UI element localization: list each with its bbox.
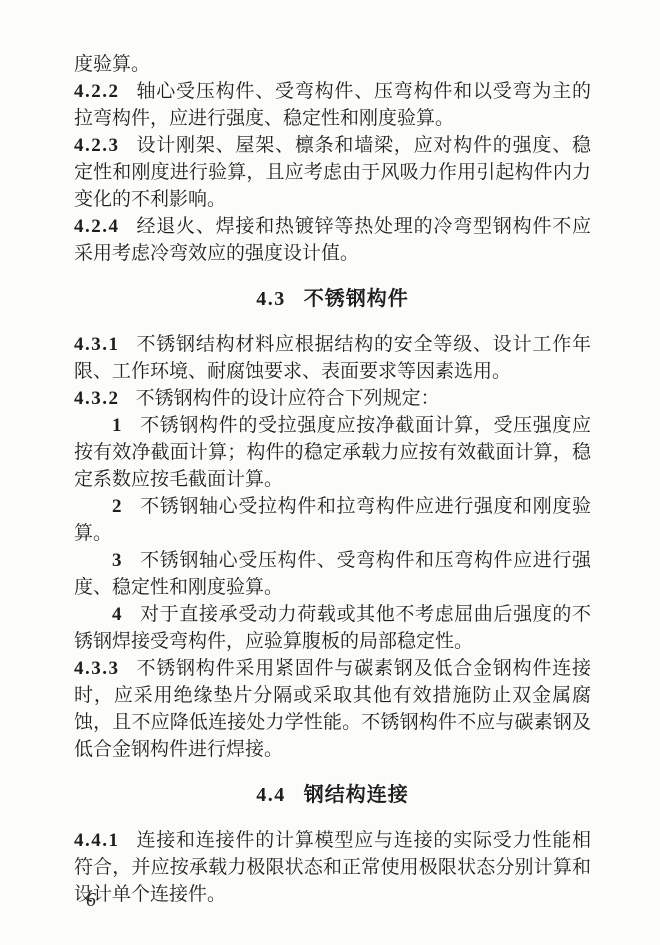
clause-text: 设计刚架、屋架、檩条和墙梁，应对构件的强度、稳定性和刚度进行验算，且应考虑由于风…: [74, 135, 591, 210]
clause-text: 不锈钢结构材料应根据结构的安全等级、设计工作年限、工作环境、耐腐蚀要求、表面要求…: [74, 334, 591, 382]
page-number: 6: [86, 889, 96, 912]
section-number: 4.4: [256, 784, 286, 806]
clause-paragraph: 4.2.2轴心受压构件、受弯构件、压弯构件和以受弯为主的拉弯构件，应进行强度、稳…: [74, 78, 591, 132]
continuation-paragraph: 度验算。: [74, 51, 591, 78]
clause-paragraph: 4.4.1连接和连接件的计算模型应与连接的实际受力性能相符合，并应按承载力极限状…: [74, 827, 591, 908]
section-heading: 4.3不锈钢构件: [74, 286, 591, 313]
section-title: 不锈钢构件: [304, 288, 409, 310]
item-number: 3: [112, 550, 122, 571]
section-number: 4.3: [256, 288, 286, 310]
paragraph-text: 度验算。: [74, 54, 150, 75]
clause-number: 4.2.2: [74, 81, 120, 102]
clause-paragraph: 4.3.1不锈钢结构材料应根据结构的安全等级、设计工作年限、工作环境、耐腐蚀要求…: [74, 331, 591, 385]
clause-text: 连接和连接件的计算模型应与连接的实际受力性能相符合，并应按承载力极限状态和正常使…: [74, 830, 591, 905]
clause-number: 4.3.2: [74, 388, 120, 409]
clause-number: 4.3.1: [74, 334, 120, 355]
clause-text: 不锈钢构件采用紧固件与碳素钢及低合金钢构件连接时，应采用绝缘垫片分隔或采取其他有…: [74, 658, 591, 760]
clause-paragraph: 4.3.3不锈钢构件采用紧固件与碳素钢及低合金钢构件连接时，应采用绝缘垫片分隔或…: [74, 655, 591, 763]
item-number: 4: [112, 604, 122, 625]
clause-number: 4.2.4: [74, 216, 120, 237]
item-number: 1: [112, 415, 122, 436]
item-text: 不锈钢轴心受拉构件和拉弯构件应进行强度和刚度验算。: [74, 496, 591, 544]
clause-text: 轴心受压构件、受弯构件、压弯构件和以受弯为主的拉弯构件，应进行强度、稳定性和刚度…: [74, 81, 591, 129]
item-text: 不锈钢轴心受压构件、受弯构件和压弯构件应进行强度、稳定性和刚度验算。: [74, 550, 591, 598]
clause-number: 4.4.1: [74, 830, 120, 851]
clause-text: 经退火、焊接和热镀锌等热处理的冷弯型钢构件不应采用考虑冷弯效应的强度设计值。: [74, 216, 591, 264]
clause-paragraph: 4.2.3设计刚架、屋架、檩条和墙梁，应对构件的强度、稳定性和刚度进行验算，且应…: [74, 132, 591, 213]
clause-number: 4.3.3: [74, 658, 120, 679]
sub-item-paragraph: 1不锈钢构件的受拉强度应按净截面计算，受压强度应按有效净截面计算；构件的稳定承载…: [74, 412, 591, 493]
document-page: 度验算。4.2.2轴心受压构件、受弯构件、压弯构件和以受弯为主的拉弯构件，应进行…: [0, 0, 660, 945]
item-text: 对于直接承受动力荷载或其他不考虑屈曲后强度的不锈钢焊接受弯构件，应验算腹板的局部…: [74, 604, 591, 652]
section-title: 钢结构连接: [304, 784, 409, 806]
item-number: 2: [112, 496, 122, 517]
sub-item-paragraph: 2不锈钢轴心受拉构件和拉弯构件应进行强度和刚度验算。: [74, 493, 591, 547]
clause-paragraph: 4.2.4经退火、焊接和热镀锌等热处理的冷弯型钢构件不应采用考虑冷弯效应的强度设…: [74, 213, 591, 267]
clause-text: 不锈钢构件的设计应符合下列规定：: [136, 388, 440, 409]
sub-item-paragraph: 4对于直接承受动力荷载或其他不考虑屈曲后强度的不锈钢焊接受弯构件，应验算腹板的局…: [74, 601, 591, 655]
document-body: 度验算。4.2.2轴心受压构件、受弯构件、压弯构件和以受弯为主的拉弯构件，应进行…: [74, 51, 591, 908]
sub-item-paragraph: 3不锈钢轴心受压构件、受弯构件和压弯构件应进行强度、稳定性和刚度验算。: [74, 547, 591, 601]
clause-paragraph: 4.3.2不锈钢构件的设计应符合下列规定：: [74, 385, 591, 412]
clause-number: 4.2.3: [74, 135, 120, 156]
section-heading: 4.4钢结构连接: [74, 782, 591, 809]
item-text: 不锈钢构件的受拉强度应按净截面计算，受压强度应按有效净截面计算；构件的稳定承载力…: [74, 415, 591, 490]
